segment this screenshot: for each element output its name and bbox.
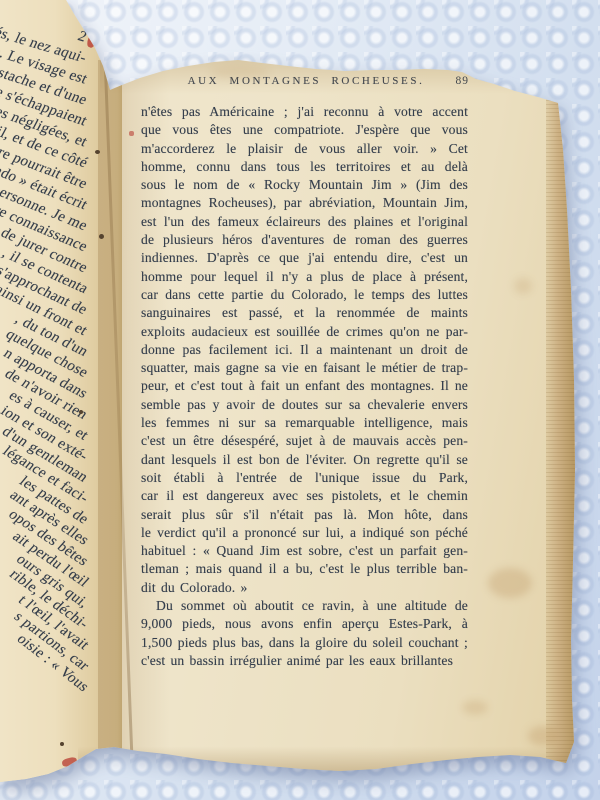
text-line: semble pas y avoir de doutes sur sa chev… bbox=[141, 396, 468, 414]
book-photo: 2ués, le nez aqui-e. Le visage estustach… bbox=[0, 0, 600, 800]
foxing-spot bbox=[210, 66, 270, 78]
text-line: Du sommet où aboutit ce ravin, à une alt… bbox=[141, 597, 468, 615]
top-edge-shading bbox=[100, 58, 570, 94]
foxing-spot bbox=[488, 568, 532, 598]
text-line: exploits audacieux est souillée de crime… bbox=[141, 323, 468, 341]
text-line: c'est un bassin irrégulier animé par les… bbox=[141, 652, 468, 670]
open-book: 2ués, le nez aqui-e. Le visage estustach… bbox=[0, 0, 600, 800]
book-pages: 2ués, le nez aqui-e. Le visage estustach… bbox=[0, 0, 600, 800]
text-line: de plusieurs héros d'aventures de roman … bbox=[141, 231, 468, 249]
foxing-spot bbox=[462, 700, 488, 715]
text-line: 1,500 pieds plus bas, dans la gloire du … bbox=[141, 634, 468, 652]
foxing-spot bbox=[528, 726, 558, 746]
text-line: car dans cette partie du Colorado, le te… bbox=[141, 286, 468, 304]
red-mark-top-spine bbox=[85, 26, 101, 49]
page-text-block: n'êtes pas Américaine ; j'ai reconnu à v… bbox=[141, 103, 468, 670]
foxing-spot bbox=[514, 278, 532, 294]
dark-speck bbox=[99, 234, 104, 239]
paragraph: Du sommet où aboutit ce ravin, à une alt… bbox=[141, 597, 468, 670]
text-line: serait plus sûr s'il n'était pas là. Mon… bbox=[141, 506, 468, 524]
text-line: que vous êtes une compatriote. J'espère … bbox=[141, 121, 468, 139]
text-line: le verdict qu'il a prononcé sur lui, a i… bbox=[141, 524, 468, 542]
text-line: tleman ; mais quand il a bu, c'est le pl… bbox=[141, 560, 468, 578]
text-line: homme pour lequel il n'y a plus de place… bbox=[141, 268, 468, 286]
text-line: n'êtes pas Américaine ; j'ai reconnu à v… bbox=[141, 103, 468, 121]
right-page: AUX MONTAGNES ROCHEUSES. 89 n'êtes pas A… bbox=[110, 55, 570, 775]
text-line: indiennes. D'après ce que j'ai entendu d… bbox=[141, 249, 468, 267]
text-line: dant lesquels il est bon de l'éviter. On… bbox=[141, 451, 468, 469]
text-line: car il est dangereux avec ses pistolets,… bbox=[141, 487, 468, 505]
text-line: est l'un des fameux éclaireurs des plain… bbox=[141, 213, 468, 231]
text-line: dit du Colorado. » bbox=[141, 579, 468, 597]
dark-speck bbox=[60, 742, 64, 746]
page-fore-edge bbox=[546, 92, 576, 772]
dark-speck bbox=[79, 410, 83, 414]
text-line: c'est un être désespéré, sujet à de mauv… bbox=[141, 432, 468, 450]
text-line: homme, connu dans tous les territoires e… bbox=[141, 158, 468, 176]
text-line: montagnes Rocheuses), par abréviation, M… bbox=[141, 194, 468, 212]
text-line: les femmes ni sur sa remarquable intelli… bbox=[141, 414, 468, 432]
text-line: donne pas facilement ici. Il a maintenan… bbox=[141, 341, 468, 359]
text-line: m'accorderez le plaisir de vous aller vo… bbox=[141, 140, 468, 158]
red-speck bbox=[129, 131, 134, 136]
text-line: habituel : « Quand Jim est sobre, c'est … bbox=[141, 542, 468, 560]
text-line: squatter, mais gagne sa vie en faisant l… bbox=[141, 359, 468, 377]
text-line: sanguinaires est passé, et la renommée d… bbox=[141, 304, 468, 322]
dark-speck bbox=[95, 150, 100, 154]
left-page-text: 2ués, le nez aqui-e. Le visage estustach… bbox=[0, 0, 96, 780]
text-line: peur, et c'est tout à fait un enfant des… bbox=[141, 377, 468, 395]
text-line: 9,000 pieds, nous avons enfin aperçu Est… bbox=[141, 615, 468, 633]
text-line: sous le nom de « Rocky Mountain Jim » (J… bbox=[141, 176, 468, 194]
bottom-edge-shading bbox=[78, 732, 578, 780]
paragraph: n'êtes pas Américaine ; j'ai reconnu à v… bbox=[141, 103, 468, 597]
text-line: soit établi à l'entrée de l'unique issue… bbox=[141, 469, 468, 487]
